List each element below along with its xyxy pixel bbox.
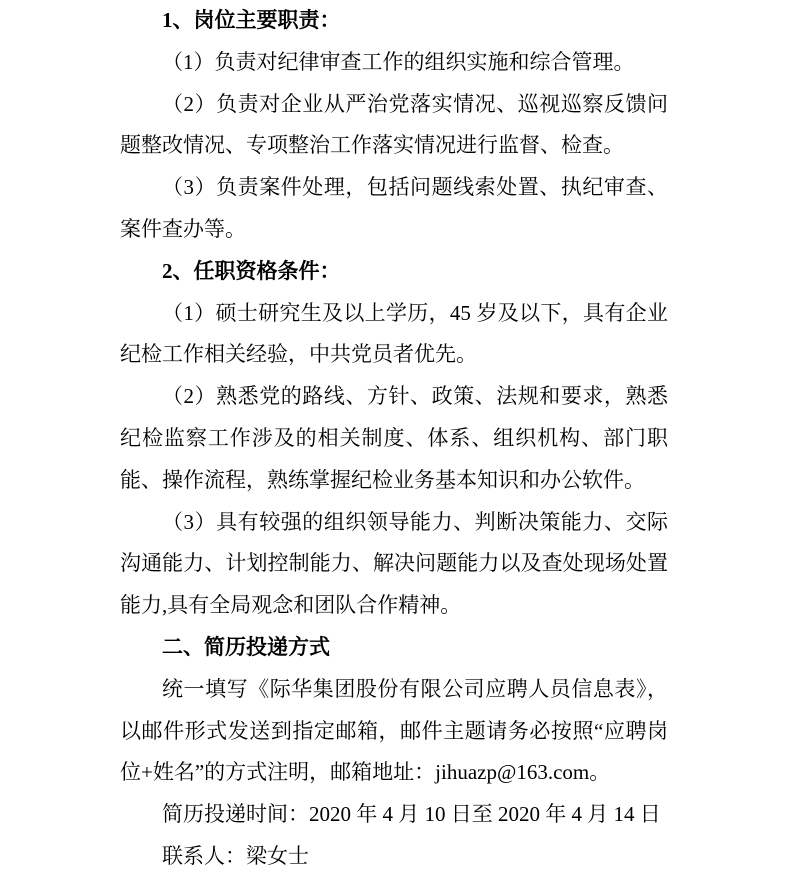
delivery-method-period: 。 xyxy=(589,760,610,784)
paragraph-duty-1: （1）负责对纪律审查工作的组织实施和综合管理。 xyxy=(120,42,668,84)
paragraph-qualification-2: （2）熟悉党的路线、方针、政策、法规和要求，熟悉纪检监察工作涉及的相关制度、体系… xyxy=(120,376,668,501)
email-address: jihuazp@163.com xyxy=(435,760,589,784)
paragraph-contact-person: 联系人：梁女士 xyxy=(120,836,668,878)
delivery-time-value: 2020 年 4 月 10 日至 2020 年 4 月 14 日 xyxy=(309,802,661,826)
contact-person-name: 梁女士 xyxy=(246,844,309,868)
paragraph-duty-2: （2）负责对企业从严治党落实情况、巡视巡察反馈问题整改情况、专项整治工作落实情况… xyxy=(120,84,668,168)
heading-position-duties: 1、岗位主要职责： xyxy=(120,0,668,42)
paragraph-qualification-3: （3）具有较强的组织领导能力、判断决策能力、交际沟通能力、计划控制能力、解决问题… xyxy=(120,502,668,627)
paragraph-qualification-1: （1）硕士研究生及以上学历，45 岁及以下，具有企业纪检工作相关经验，中共党员者… xyxy=(120,293,668,377)
heading-qualifications: 2、任职资格条件： xyxy=(120,251,668,293)
paragraph-duty-3: （3）负责案件处理，包括问题线索处置、执纪审查、案件查办等。 xyxy=(120,167,668,251)
paragraph-delivery-time: 简历投递时间：2020 年 4 月 10 日至 2020 年 4 月 14 日 xyxy=(120,794,668,836)
heading-resume-delivery: 二、简历投递方式 xyxy=(120,627,668,669)
recruitment-notice-document: 1、岗位主要职责： （1）负责对纪律审查工作的组织实施和综合管理。 （2）负责对… xyxy=(0,0,787,878)
paragraph-delivery-method: 统一填写《际华集团股份有限公司应聘人员信息表》，以邮件形式发送到指定邮箱，邮件主… xyxy=(120,669,668,794)
delivery-time-label: 简历投递时间： xyxy=(162,802,309,826)
contact-person-label: 联系人： xyxy=(162,844,246,868)
